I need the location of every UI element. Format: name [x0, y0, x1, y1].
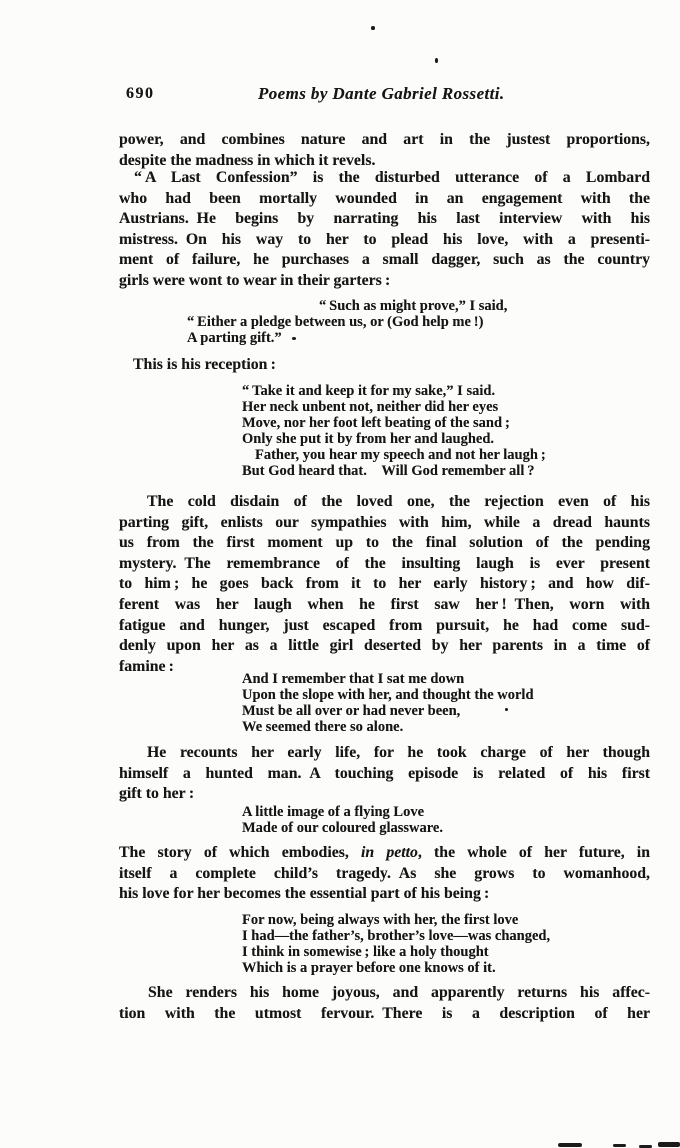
verse-quote: For now, being always with her, the firs… [242, 912, 550, 976]
text-line: his love for her becomes the essential p… [119, 884, 650, 905]
paragraph: This is his reception : [119, 355, 650, 376]
text-line: Austrians. He begins by narrating his la… [119, 209, 650, 230]
text-line: fatigue and hunger, just escaped from pu… [119, 616, 650, 637]
text-line: mistress. On his way to her to plead his… [119, 230, 650, 251]
text-line: Father, you hear my speech and not her l… [242, 447, 546, 463]
text-line: We seemed there so alone. [242, 719, 534, 735]
text-line: Made of our coloured glassware. [242, 820, 443, 836]
text-line: And I remember that I sat me down [242, 671, 534, 687]
text-line: For now, being always with her, the firs… [242, 912, 550, 928]
text-line: “ Such as might prove,” I said, [187, 298, 507, 314]
text-line: himself a hunted man. A touching episode… [119, 764, 650, 785]
verse-quote: And I remember that I sat me downUpon th… [242, 671, 534, 735]
text-line: A parting gift.” [187, 330, 507, 346]
paragraph: “ A Last Confession” is the disturbed ut… [119, 168, 650, 292]
text-line: This is his reception : [119, 355, 650, 376]
text-line: mystery. The remembrance of the insultin… [119, 554, 650, 575]
text-line: ferent was her laugh when he first saw h… [119, 595, 650, 616]
text-line: I think in somewise ; like a holy though… [242, 944, 550, 960]
verse-quote: “ Such as might prove,” I said,“ Either … [187, 298, 507, 346]
paragraph: The cold disdain of the loved one, the r… [119, 492, 650, 677]
text-line: She renders his home joyous, and apparen… [119, 983, 650, 1004]
scanned-page: 690 Poems by Dante Gabriel Rossetti. pow… [0, 0, 680, 1148]
scan-speck [505, 708, 508, 711]
text-line: tion with the utmost fervour. There is a… [119, 1004, 650, 1025]
text-line: itself a complete child’s tragedy. As sh… [119, 864, 650, 885]
text-line: Upon the slope with her, and thought the… [242, 687, 534, 703]
text-line: us from the first moment up to the final… [119, 533, 650, 554]
text-line: The cold disdain of the loved one, the r… [119, 492, 650, 513]
text-line: I had—the father’s, brother’s love—was c… [242, 928, 550, 944]
ink-smudge [558, 1143, 582, 1147]
text-line: “ A Last Confession” is the disturbed ut… [119, 168, 650, 189]
text-line: gift to her : [119, 784, 650, 805]
text-line: denly upon her as a little girl deserted… [119, 636, 650, 657]
page-body: power, and combines nature and art in th… [119, 0, 650, 1148]
text-line: “ Take it and keep it for my sake,” I sa… [242, 383, 546, 399]
text-line: Must be all over or had never been, [242, 703, 534, 719]
text-line: “ Either a pledge between us, or (God he… [187, 314, 507, 330]
text-line: to him ; he goes back from it to her ear… [119, 574, 650, 595]
text-line: Which is a prayer before one knows of it… [242, 960, 550, 976]
paragraph: She renders his home joyous, and apparen… [119, 983, 650, 1024]
text-line: Move, nor her foot left beating of the s… [242, 415, 546, 431]
paragraph: The story of which embodies, in petto, t… [119, 843, 650, 905]
scan-speck [435, 58, 438, 63]
text-line: The story of which embodies, in petto, t… [119, 843, 650, 864]
ink-smudge [658, 1142, 680, 1147]
verse-quote: A little image of a flying LoveMade of o… [242, 804, 443, 836]
text-line: He recounts her early life, for he took … [119, 743, 650, 764]
text-line: girls were wont to wear in their garters… [119, 271, 650, 292]
text-line: power, and combines nature and art in th… [119, 130, 650, 151]
scan-speck [292, 337, 296, 340]
verse-quote: “ Take it and keep it for my sake,” I sa… [242, 383, 546, 479]
text-line: A little image of a flying Love [242, 804, 443, 820]
paragraph: He recounts her early life, for he took … [119, 743, 650, 805]
text-line: who had been mortally wounded in an enga… [119, 189, 650, 210]
ink-smudge [613, 1144, 626, 1147]
paragraph: power, and combines nature and art in th… [119, 130, 650, 171]
text-line: But God heard that. Will God remember al… [242, 463, 546, 479]
text-line: Only she put it by from her and laughed. [242, 431, 546, 447]
text-line: ment of failure, he purchases a small da… [119, 250, 650, 271]
text-line: Her neck unbent not, neither did her eye… [242, 399, 546, 415]
text-line: parting gift, enlists our sympathies wit… [119, 513, 650, 534]
scan-speck [371, 26, 375, 30]
